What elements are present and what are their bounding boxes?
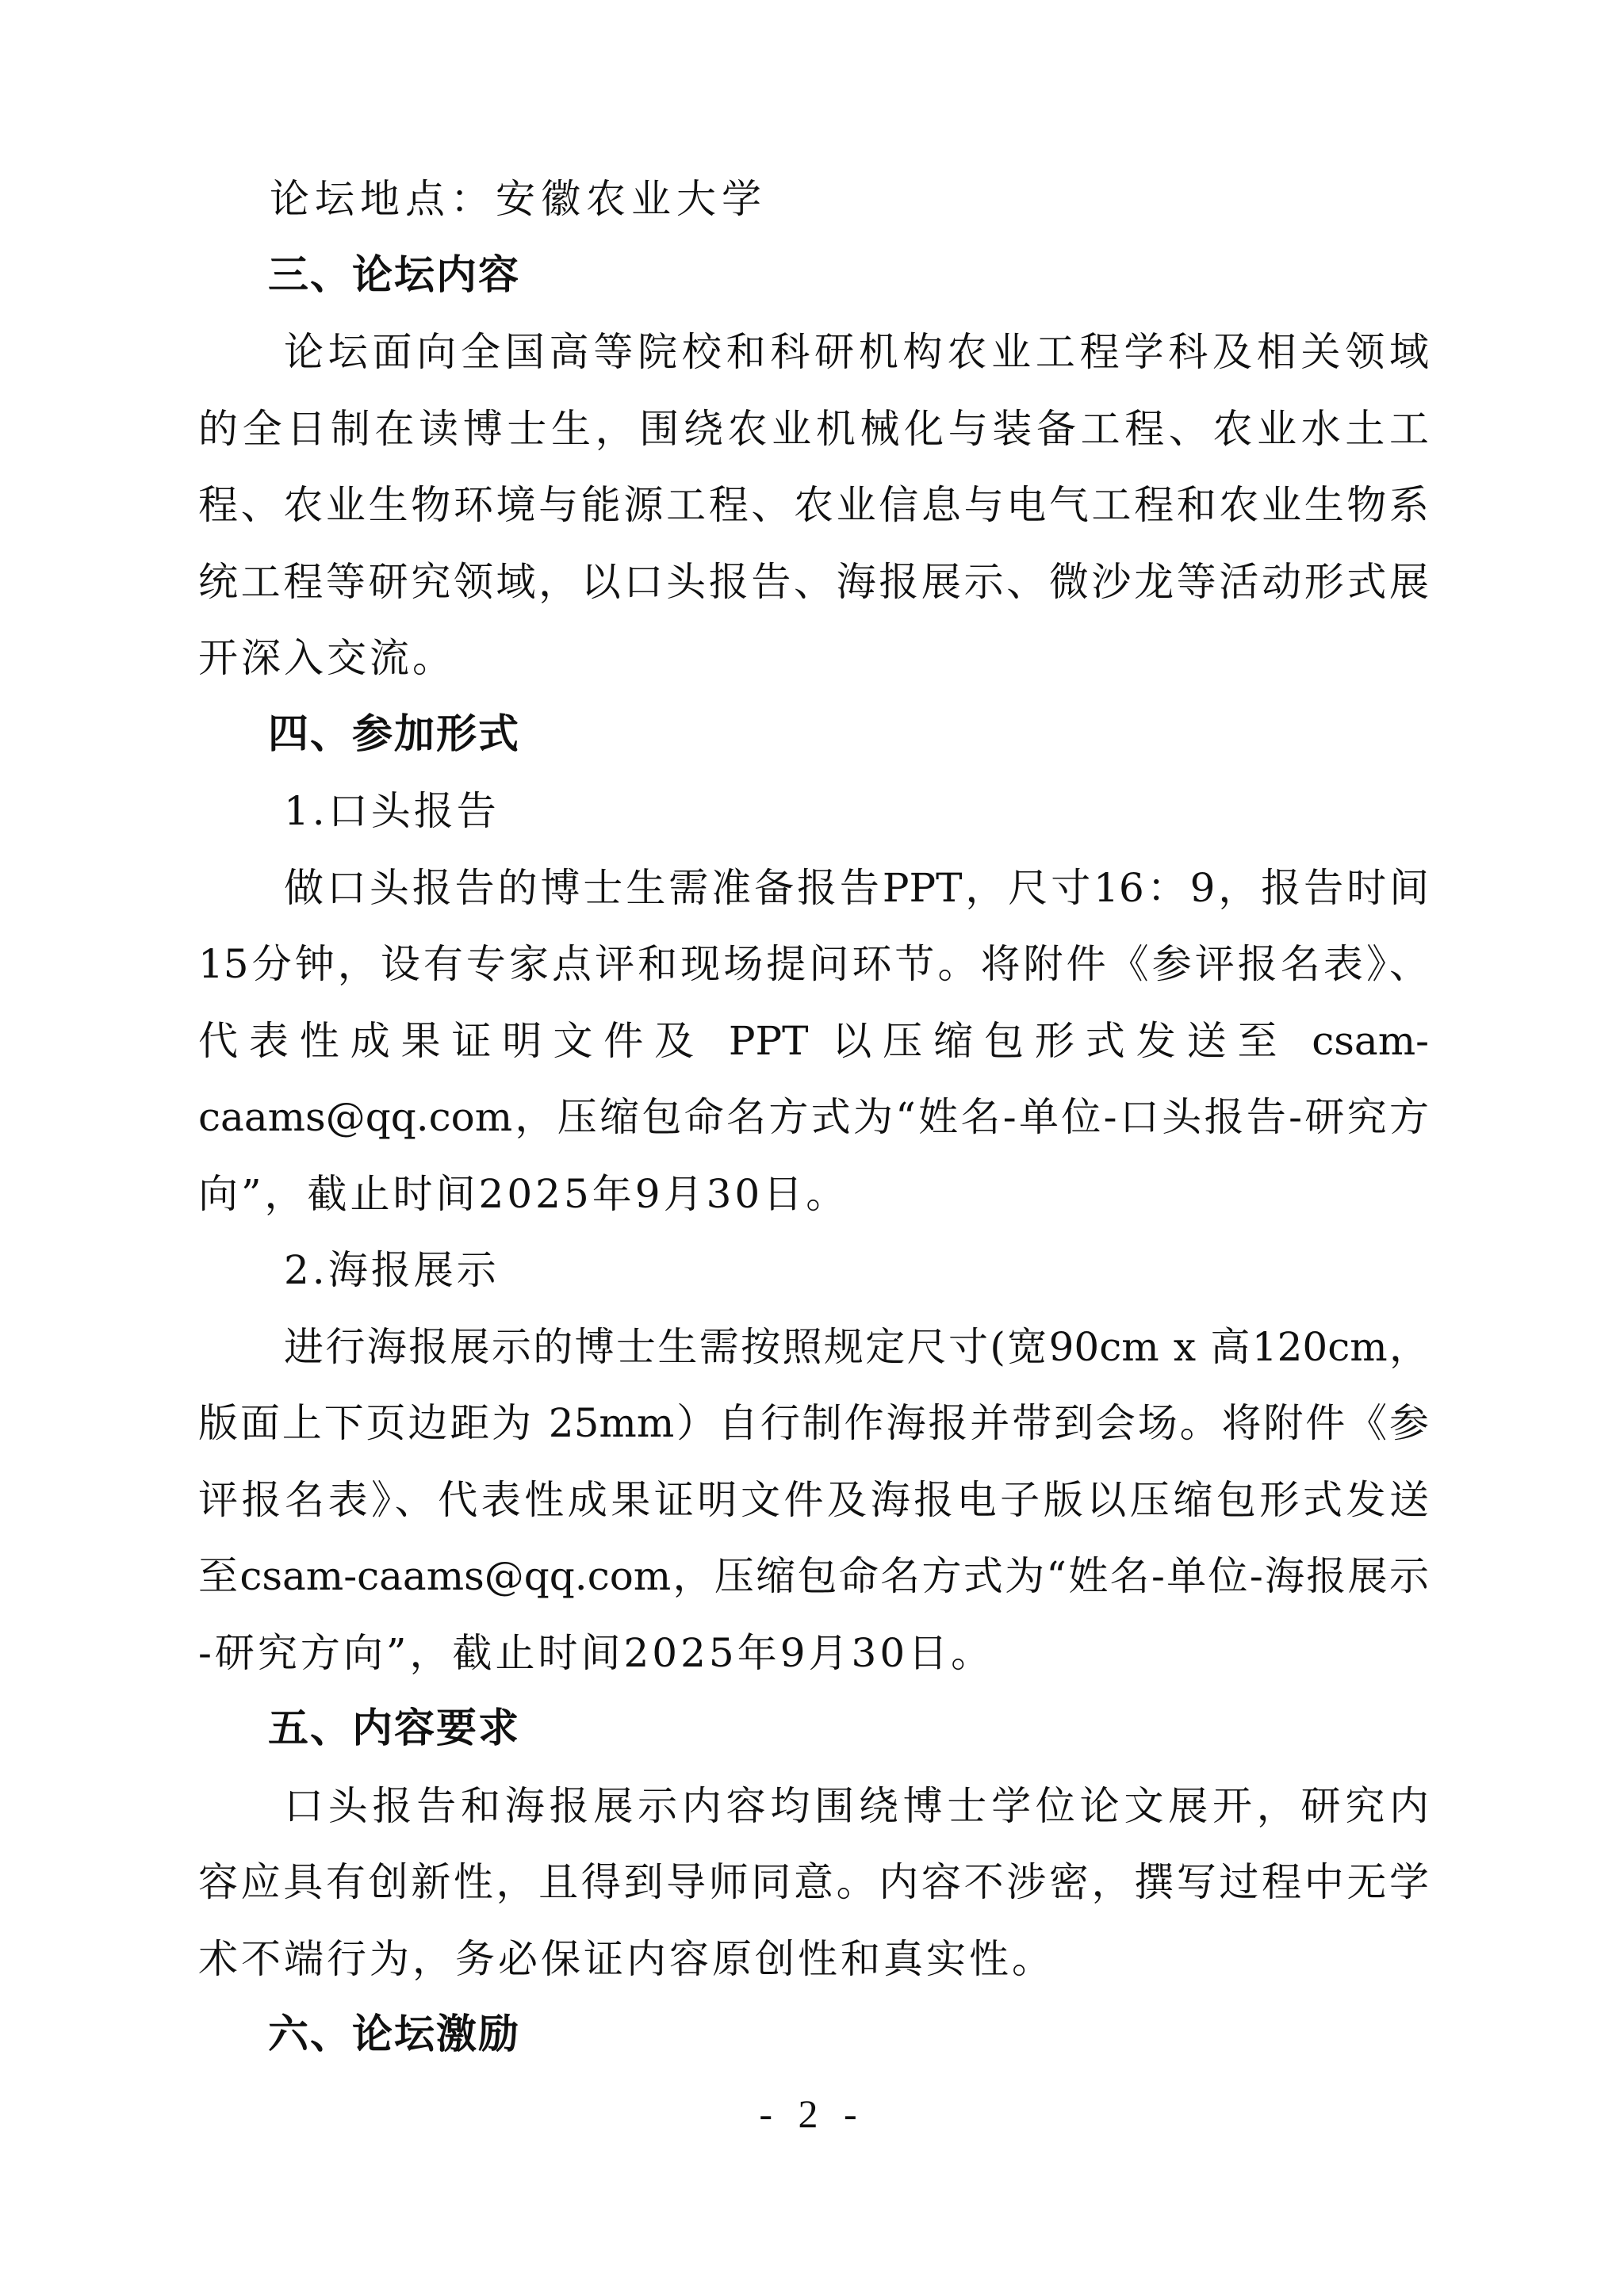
paragraph-line: 进行海报展示的博士生需按照规定尺寸(宽90cm x 高120cm， <box>198 1309 1429 1386</box>
document-page: 论坛地点：安徽农业大学 三、论坛内容 论坛面向全国高等院校和科研机构农业工程学科… <box>0 0 1624 2296</box>
paragraph-line: 论坛面向全国高等院校和科研机构农业工程学科及相关领域 <box>198 314 1429 391</box>
paragraph-line: caams@qq.com，压缩包命名方式为“姓名-单位-口头报告-研究方 <box>198 1079 1429 1156</box>
page-number: - 2 - <box>0 2090 1624 2137</box>
paragraph-line: 做口头报告的博士生需准备报告PPT，尺寸16：9，报告时间 <box>198 850 1429 927</box>
section-heading-content: 三、论坛内容 <box>198 238 1429 315</box>
paragraph-line: 至csam-caams@qq.com，压缩包命名方式为“姓名-单位-海报展示 <box>198 1538 1429 1615</box>
section-heading-participation: 四、参加形式 <box>198 697 1429 774</box>
forum-location: 论坛地点：安徽农业大学 <box>198 161 1429 238</box>
paragraph-line: 15分钟，设有专家点评和现场提问环节。将附件《参评报名表》、 <box>198 926 1429 1003</box>
subheading-oral-report: 1.口头报告 <box>198 773 1429 850</box>
paragraph-line: 版面上下页边距为 25mm）自行制作海报并带到会场。将附件《参 <box>198 1385 1429 1462</box>
paragraph-line: 术不端行为，务必保证内容原创性和真实性。 <box>198 1921 1429 1998</box>
paragraph-line: 口头报告和海报展示内容均围绕博士学位论文展开，研究内 <box>198 1768 1429 1845</box>
paragraph-line: 的全日制在读博士生，围绕农业机械化与装备工程、农业水土工 <box>198 391 1429 468</box>
paragraph-line: 统工程等研究领域，以口头报告、海报展示、微沙龙等活动形式展 <box>198 544 1429 621</box>
paragraph-line: 代表性成果证明文件及 PPT 以压缩包形式发送至 csam- <box>198 1003 1429 1080</box>
paragraph-line: -研究方向”，截止时间2025年9月30日。 <box>198 1615 1429 1692</box>
paragraph-line: 程、农业生物环境与能源工程、农业信息与电气工程和农业生物系 <box>198 467 1429 544</box>
document-body: 论坛地点：安徽农业大学 三、论坛内容 论坛面向全国高等院校和科研机构农业工程学科… <box>198 161 1429 2074</box>
subheading-poster: 2.海报展示 <box>198 1232 1429 1309</box>
paragraph-line: 容应具有创新性，且得到导师同意。内容不涉密，撰写过程中无学 <box>198 1844 1429 1921</box>
section-heading-requirements: 五、内容要求 <box>198 1691 1429 1768</box>
paragraph-line: 评报名表》、代表性成果证明文件及海报电子版以压缩包形式发送 <box>198 1462 1429 1539</box>
paragraph-line: 开深入交流。 <box>198 620 1429 697</box>
paragraph-line: 向”，截止时间2025年9月30日。 <box>198 1156 1429 1233</box>
section-heading-incentives: 六、论坛激励 <box>198 1997 1429 2074</box>
